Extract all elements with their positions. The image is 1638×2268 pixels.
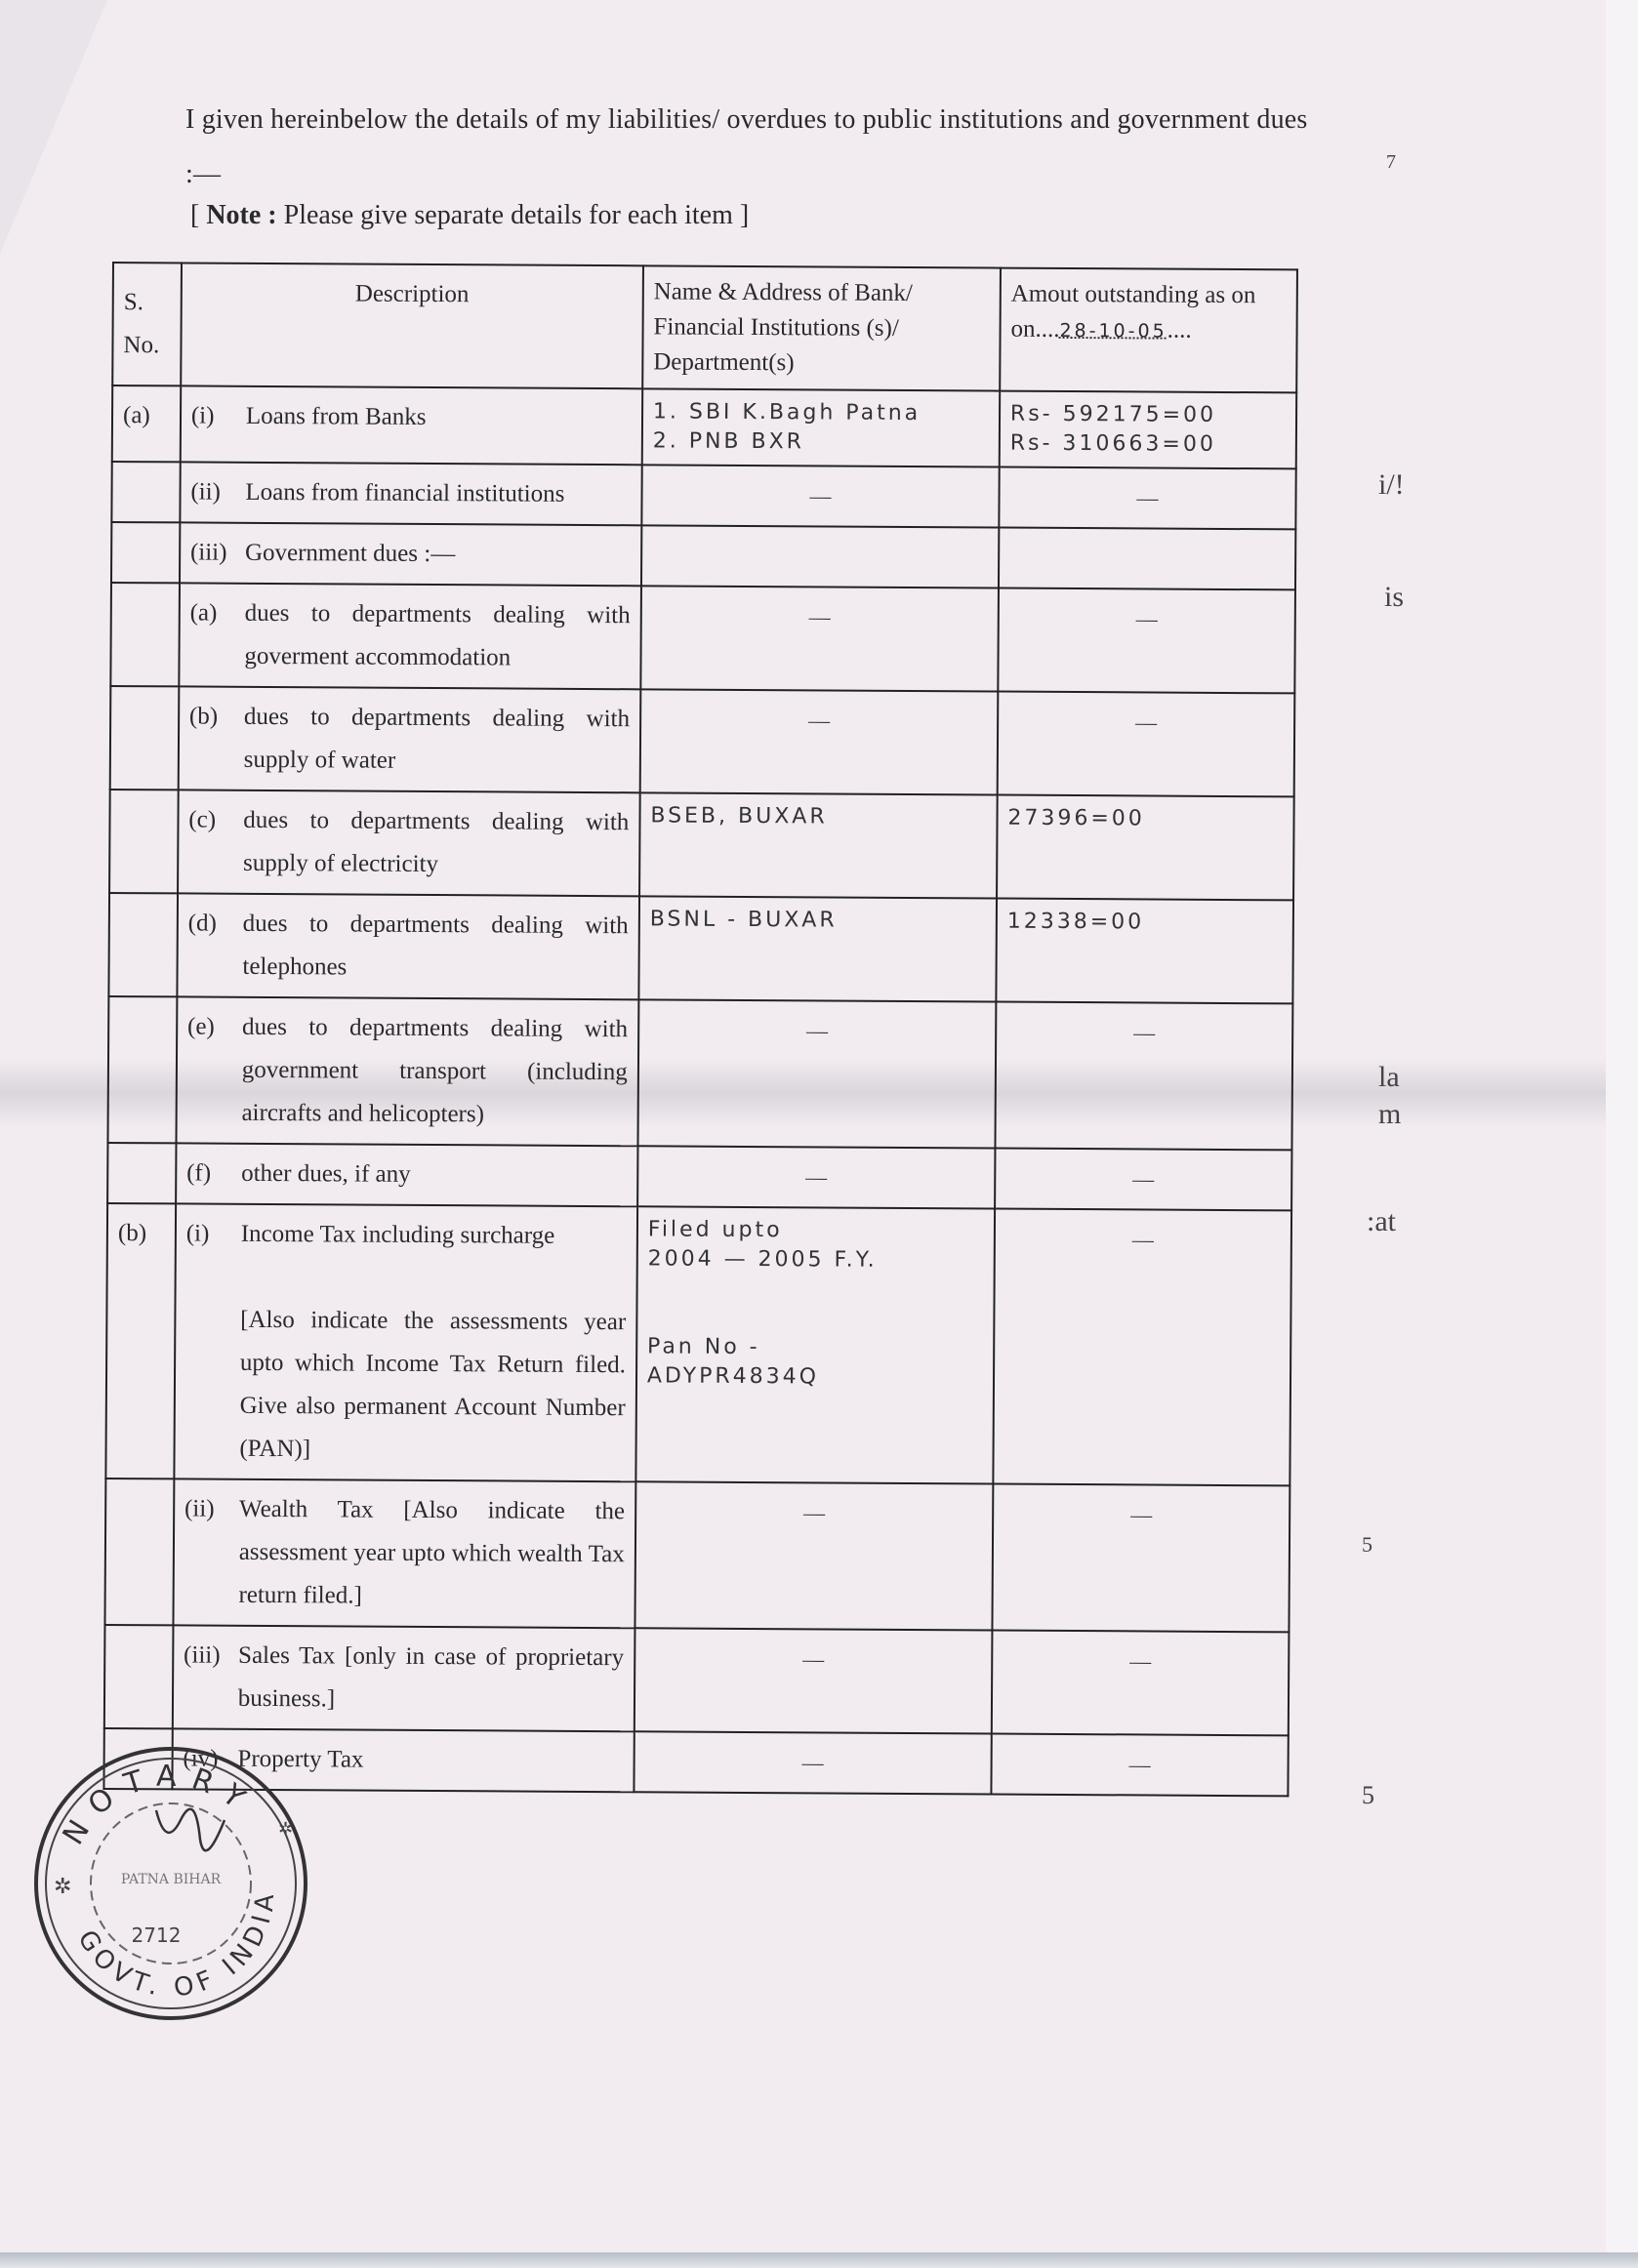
margin-fragment: :at: [1367, 1205, 1396, 1238]
intro-paragraph: I given hereinbelow the details of my li…: [185, 93, 1308, 202]
cell-amount: —: [999, 467, 1295, 530]
folded-corner: [0, 0, 107, 254]
margin-fragment: i/!: [1378, 468, 1405, 502]
item-number: (iii): [190, 531, 245, 574]
dash-entry: —: [1009, 597, 1285, 642]
svg-text:GOVT. OF INDIA: GOVT. OF INDIA: [71, 1887, 280, 2004]
dash-entry: —: [1005, 1218, 1281, 1263]
table-row: (b)(i)Income Tax including surcharge [Al…: [105, 1203, 1291, 1485]
cell-bank: —: [634, 1731, 991, 1794]
item-description: dues to departments dealing with telepho…: [242, 903, 629, 991]
handwritten-entry: Filed upto 2004 — 2005 F.Y. Pan No - ADY…: [647, 1215, 984, 1393]
table-row: (c)dues to departments dealing with supp…: [109, 790, 1294, 900]
cell-sno: (b): [105, 1203, 176, 1478]
cell-amount: —: [991, 1734, 1288, 1797]
dash-entry: —: [1006, 1011, 1282, 1056]
table-row: (iii)Government dues :—: [111, 522, 1295, 589]
dash-entry: —: [649, 1008, 985, 1053]
cell-amount: [999, 528, 1295, 590]
cell-description: (iv)Property Tax: [172, 1728, 634, 1792]
cell-bank: —: [640, 689, 999, 794]
cell-sno: [110, 686, 179, 790]
svg-text:✲: ✲: [278, 1819, 293, 1839]
cell-bank: —: [637, 999, 996, 1148]
item-number: (d): [187, 902, 243, 988]
handwritten-amount: 27396=00: [1007, 804, 1283, 835]
item-number: (ii): [184, 1487, 239, 1616]
note-text: Please give separate details for each it…: [284, 200, 733, 230]
table-row: (ii)Loans from financial institutions——: [111, 462, 1295, 529]
item-description: other dues, if any: [241, 1153, 627, 1197]
table-row: (a)dues to departments dealing with gove…: [110, 583, 1295, 693]
margin-fragment: 5: [1362, 1532, 1372, 1558]
cell-sno: [103, 1728, 172, 1789]
cell-bank: 1. SBI K.Bagh Patna 2. PNB BXR: [642, 388, 1001, 466]
item-number: (i): [191, 394, 246, 437]
margin-fragment: is: [1384, 581, 1404, 614]
cell-description: (c)dues to departments dealing with supp…: [178, 790, 640, 896]
cell-bank: —: [635, 1628, 993, 1733]
handwritten-amount: 12338=00: [1007, 908, 1283, 939]
margin-fragment: m: [1378, 1098, 1401, 1131]
item-number: (f): [186, 1152, 241, 1195]
item-description: Property Tax: [237, 1738, 623, 1783]
cell-amount: Rs- 592175=00 Rs- 310663=00: [1000, 391, 1297, 469]
cell-description: (ii)Wealth Tax [Also indicate the assess…: [173, 1478, 635, 1628]
cell-description: (f)other dues, if any: [176, 1143, 637, 1206]
table-body: (a)(i)Loans from Banks1. SBI K.Bagh Patn…: [103, 385, 1296, 1796]
item-number: (iii): [184, 1634, 239, 1720]
svg-text:PATNA BIHAR: PATNA BIHAR: [121, 1872, 222, 1887]
handwritten-amount: [1009, 537, 1285, 539]
table-header-row: S. No. Description Name & Address of Ban…: [112, 263, 1297, 392]
header-bank: Name & Address of Bank/ Financial Instit…: [642, 265, 1001, 390]
cell-sno: [104, 1625, 173, 1728]
dash-entry: —: [1005, 1157, 1281, 1202]
cell-bank: —: [641, 465, 999, 527]
dash-entry: —: [1003, 1640, 1278, 1684]
cell-amount: —: [998, 692, 1295, 797]
item-number: (a): [189, 591, 245, 677]
cell-sno: [104, 1478, 174, 1625]
item-description: Loans from Banks: [246, 395, 632, 440]
cell-bank: —: [637, 1146, 995, 1208]
cell-sno: [109, 790, 178, 893]
table-row: (ii)Wealth Tax [Also indicate the assess…: [104, 1478, 1290, 1632]
item-description: Wealth Tax [Also indicate the assessment…: [238, 1488, 625, 1619]
cell-sno: [108, 893, 177, 996]
item-number: (e): [186, 1005, 242, 1134]
table-row: (b)dues to departments dealing with supp…: [110, 686, 1295, 796]
margin-fragment: 5: [1362, 1781, 1374, 1810]
item-description: Loans from financial institutions: [245, 471, 631, 516]
cell-description: (d)dues to departments dealing with tele…: [177, 893, 639, 999]
cell-amount: —: [993, 1209, 1291, 1486]
header-description: Description: [181, 263, 643, 388]
dash-entry: —: [1008, 701, 1284, 746]
dash-entry: —: [1003, 1493, 1279, 1538]
document-page: I given hereinbelow the details of my li…: [0, 0, 1606, 2254]
dash-entry: —: [1002, 1743, 1277, 1788]
handwritten-entry: [652, 534, 988, 536]
dash-entry: —: [648, 1154, 984, 1199]
cell-sno: [107, 996, 177, 1143]
item-description: dues to departments dealing with governm…: [241, 1006, 628, 1137]
margin-fragment: la: [1378, 1061, 1400, 1094]
table-row: (iii)Sales Tax [only in case of propriet…: [104, 1625, 1290, 1735]
table-row: (iv)Property Tax——: [103, 1728, 1288, 1796]
dash-entry: —: [1009, 476, 1285, 521]
handwritten-entry: BSEB, BUXAR: [650, 801, 986, 832]
svg-text:2712: 2712: [132, 1924, 182, 1947]
dash-entry: —: [652, 594, 988, 639]
cell-description: (e)dues to departments dealing with gove…: [176, 996, 638, 1146]
item-description: dues to departments dealing with goverme…: [244, 592, 631, 680]
cell-amount: —: [995, 1149, 1291, 1211]
cell-amount: 12338=00: [996, 899, 1293, 1004]
table-row: (d)dues to departments dealing with tele…: [108, 893, 1293, 1003]
cell-bank: [641, 525, 999, 587]
table-row: (f)other dues, if any——: [107, 1143, 1291, 1210]
liabilities-table: S. No. Description Name & Address of Ban…: [102, 262, 1298, 1797]
dash-entry: —: [652, 473, 988, 518]
cell-amount: —: [995, 1002, 1292, 1151]
note-line: [ Note : Please give separate details fo…: [190, 200, 749, 231]
cell-amount: —: [992, 1631, 1290, 1736]
handwritten-entry: BSNL - BUXAR: [650, 905, 986, 936]
header-amount: Amout outstanding as on on....28-10-05..…: [1000, 268, 1297, 393]
dash-entry: —: [644, 1740, 980, 1785]
item-description: Government dues :—: [245, 532, 631, 577]
cell-description: (iii)Sales Tax [only in case of propriet…: [173, 1625, 635, 1731]
page-bottom-edge: [0, 2252, 1638, 2268]
dash-entry: —: [645, 1637, 981, 1681]
cell-sno: [111, 462, 180, 522]
item-description: dues to departments dealing with supply …: [243, 799, 630, 887]
cell-sno: [107, 1143, 176, 1203]
cell-sno: (a): [112, 385, 181, 462]
svg-text:✲: ✲: [54, 1874, 71, 1898]
page-edge-strip: [1606, 0, 1638, 2268]
item-description: dues to departments dealing with supply …: [244, 696, 631, 784]
cell-sno: [110, 583, 179, 686]
cell-bank: Filed upto 2004 — 2005 F.Y. Pan No - ADY…: [635, 1206, 995, 1483]
cell-amount: —: [998, 588, 1295, 694]
handwritten-entry: 1. SBI K.Bagh Patna 2. PNB BXR: [653, 397, 989, 458]
cell-description: (iii)Government dues :—: [180, 522, 641, 586]
header-amount-label: Amout outstanding as on: [1011, 281, 1256, 309]
margin-fragment: 7: [1386, 151, 1396, 174]
cell-description: (b)dues to departments dealing with supp…: [179, 686, 641, 792]
item-number: (c): [188, 798, 244, 884]
cell-description: (ii)Loans from financial institutions: [180, 462, 641, 525]
item-description: Income Tax including surcharge [Also ind…: [239, 1213, 627, 1473]
table-row: (a)(i)Loans from Banks1. SBI K.Bagh Patn…: [112, 385, 1296, 468]
item-number: (iv): [183, 1737, 237, 1780]
cell-bank: BSEB, BUXAR: [639, 792, 998, 898]
cell-sno: [111, 522, 180, 583]
dash-entry: —: [646, 1490, 982, 1535]
cell-description: (i)Loans from Banks: [181, 385, 642, 465]
item-description: Sales Tax [only in case of proprietary b…: [238, 1635, 625, 1722]
cell-bank: —: [640, 586, 999, 691]
table-row: (e)dues to departments dealing with gove…: [107, 996, 1292, 1150]
header-amount-date: 28-10-05: [1059, 320, 1167, 343]
header-sno: S. No.: [112, 263, 182, 385]
header-amount-date-line: on....28-10-05....: [1010, 316, 1191, 344]
item-number: (ii): [190, 470, 245, 513]
note-label: Note :: [206, 200, 276, 230]
cell-bank: —: [635, 1481, 993, 1630]
dash-entry: —: [651, 698, 987, 743]
cell-bank: BSNL - BUXAR: [638, 896, 997, 1001]
item-number: (i): [184, 1212, 241, 1470]
cell-amount: 27396=00: [997, 795, 1294, 901]
item-number: (b): [189, 695, 245, 781]
cell-amount: —: [992, 1484, 1290, 1633]
handwritten-amount: Rs- 592175=00 Rs- 310663=00: [1010, 400, 1286, 461]
cell-description: (a)dues to departments dealing with gove…: [179, 583, 641, 689]
cell-description: (i)Income Tax including surcharge [Also …: [174, 1203, 637, 1481]
